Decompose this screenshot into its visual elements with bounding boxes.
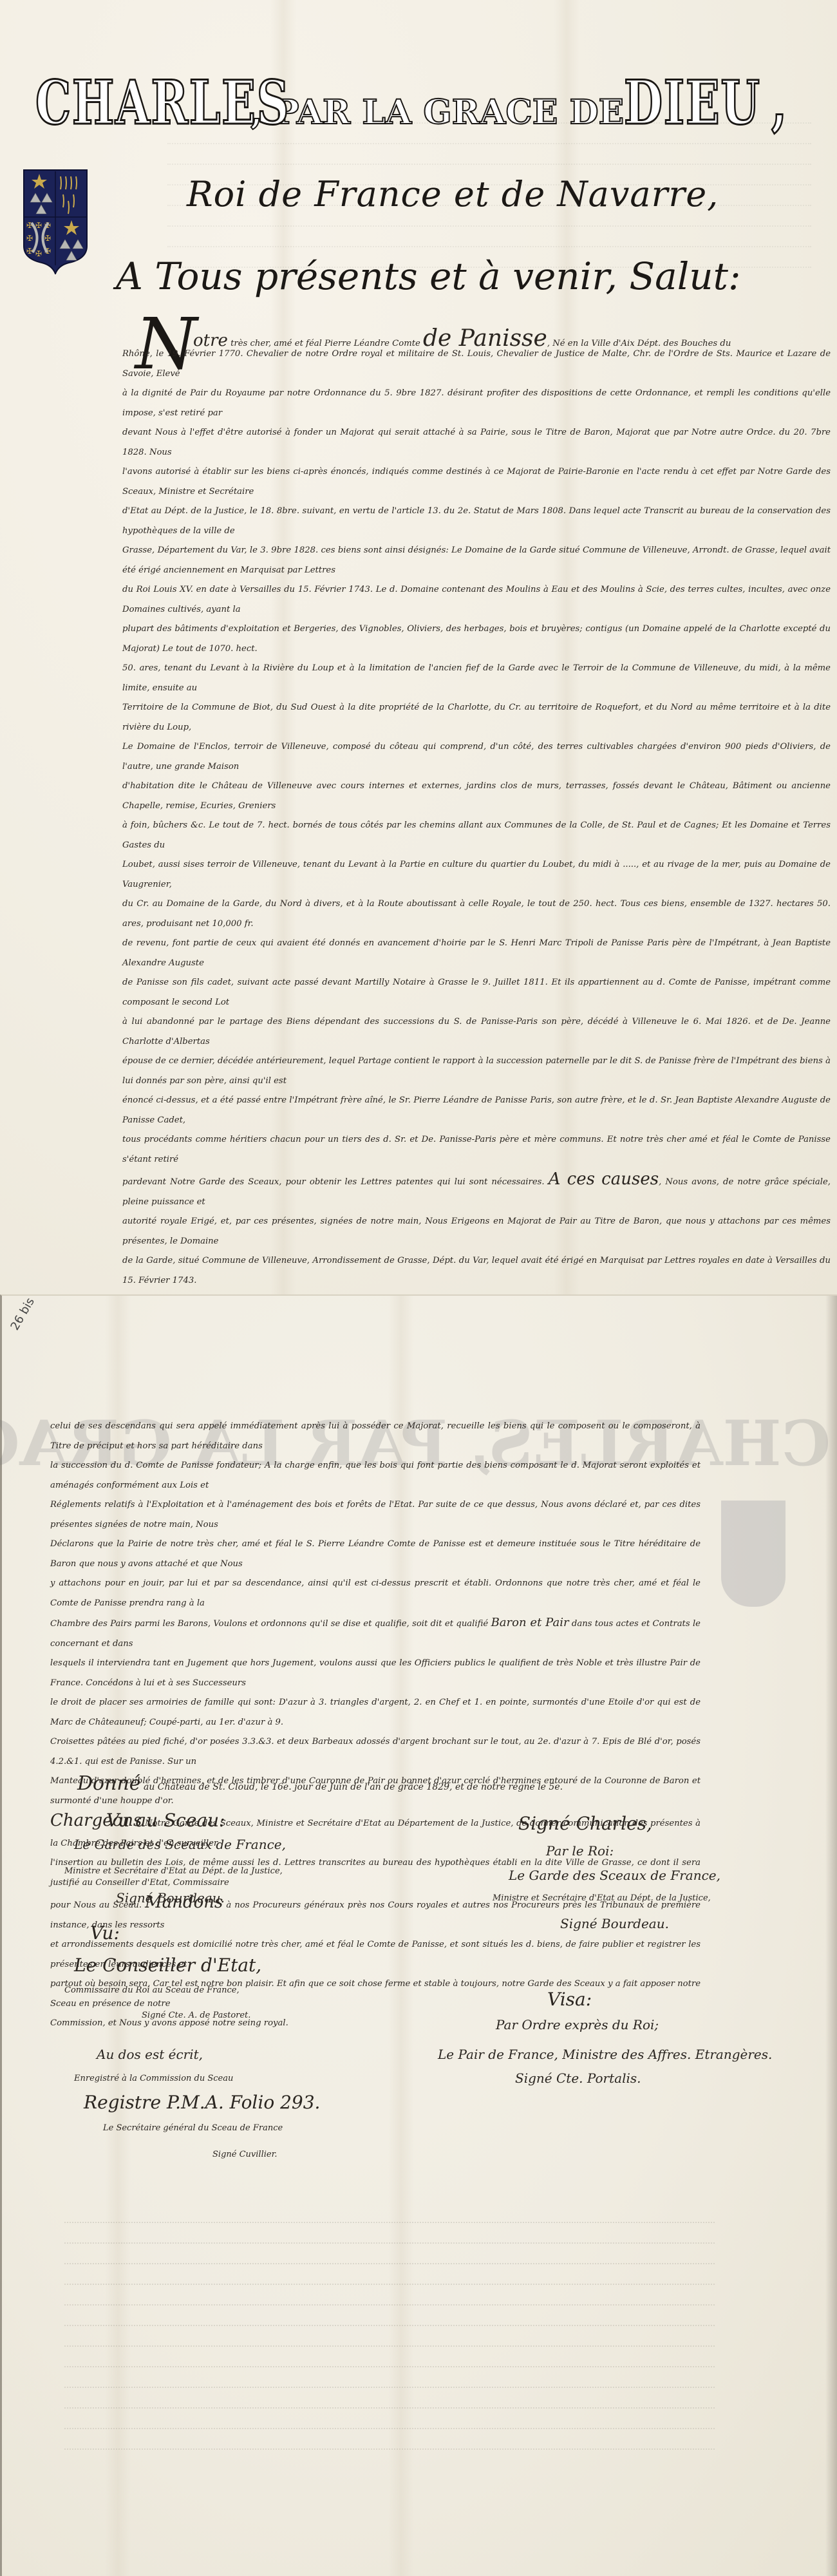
par-le-roi: Par le Roi: — [546, 1843, 614, 1859]
signature-portalis: Signé Cte. Portalis. — [515, 2070, 641, 2086]
title-charles: CHARLES — [35, 68, 290, 138]
text-line: Territoire de la Commune de Biot, du Sud… — [122, 698, 831, 737]
text-line: plupart des bâtiments d'exploitation et … — [122, 620, 831, 659]
par-ordre-expres: Par Ordre exprès du Roi; — [496, 2017, 659, 2032]
text-line: énoncé ci-dessus, et a été passé entre l… — [122, 1091, 831, 1130]
vu-label: Vu: — [90, 1922, 120, 1944]
title-middle: , PAR LA GRACE DE — [250, 93, 624, 132]
text-line: Déclarons que la Pairie de notre très ch… — [50, 1535, 701, 1574]
title-dieu: DIEU — [624, 68, 760, 138]
dating-clause: Donné au Château de St. Cloud, le 16e. j… — [77, 1772, 563, 1795]
text-line: celui de ses descendans qui sera appelé … — [50, 1417, 701, 1456]
text-line: à lui abandonné par le partage des Biens… — [122, 1012, 831, 1052]
text-line: Le Domaine de l'Enclos, terroir de Ville… — [122, 737, 831, 777]
text-line: devant Nous à l'effet d'être autorisé à … — [122, 423, 831, 462]
page-title: CHARLES , PAR LA GRACE DE DIEU , — [35, 68, 814, 138]
text-line: lesquels il interviendra tant en Jugemen… — [50, 1654, 701, 1693]
text-line: 50. ares, tenant du Levant à la Rivière … — [122, 659, 831, 698]
a-ces-causes-heading: A ces causes — [549, 1170, 659, 1189]
svg-text:✠: ✠ — [44, 234, 51, 243]
text-line: à la dignité de Pair du Royaume par notr… — [122, 384, 831, 423]
signature-bourdeau-right: Signé Bourdeau. — [560, 1916, 669, 1931]
text-line: l'avons autorisé à établir sur les biens… — [122, 462, 831, 502]
text-line: Croisettes pâtées au pied fiché, d'or po… — [50, 1732, 701, 1772]
garde-des-sceaux: Le Garde des Sceaux de France, — [74, 1837, 286, 1852]
text-line: pardevant Notre Garde des Sceaux, pour o… — [122, 1170, 831, 1212]
text-line: de la Garde, situé Commune de Villeneuve… — [122, 1251, 831, 1291]
au-dos-est-ecrit: Au dos est écrit, — [97, 2047, 203, 2062]
text-line: le droit de placer ses armoiries de fami… — [50, 1693, 701, 1732]
svg-text:✠: ✠ — [26, 247, 33, 256]
text-line: la succession du d. Comte de Panisse fon… — [50, 1456, 701, 1495]
visa-label: Visa: — [547, 1989, 592, 2010]
page-1: CHARLES , PAR LA GRACE DE DIEU , Roi de … — [0, 0, 837, 1294]
ministre-affaires-etrangeres: Le Pair de France, Ministre des Affres. … — [438, 2047, 772, 2062]
registre-folio: Registre P.M.A. Folio 293. — [84, 2092, 320, 2113]
text-line: Réglements relatifs à l'Exploitation et … — [50, 1495, 701, 1535]
text-line: à foin, bûchers &c. Le tout de 7. hect. … — [122, 816, 831, 855]
text-line: de Panisse son fils cadet, suivant acte … — [122, 973, 831, 1012]
conseiller-etat: Le Conseiller d'Etat, — [74, 1955, 261, 1976]
secretaire-general: Le Secrétaire général du Sceau de France — [103, 2123, 283, 2133]
enregistre: Enregistré à la Commission du Sceau — [74, 2074, 233, 2083]
signature-bourdeau: Signé Bourdeau. — [116, 1890, 225, 1906]
text-line: du Roi Louis XV. en date à Versailles du… — [122, 580, 831, 620]
text-line: d'habitation dite le Château de Villeneu… — [122, 777, 831, 816]
text-line: Loubet, aussi sises terroir de Villeneuv… — [122, 855, 831, 895]
svg-text:✠: ✠ — [26, 234, 33, 243]
salutation: A Tous présents et à venir, Salut: — [116, 254, 740, 298]
text-line: du Cr. au Domaine de la Garde, du Nord à… — [122, 895, 831, 934]
text-line: de revenu, font partie de ceux qui avaie… — [122, 934, 831, 973]
text-line: épouse de ce dernier, décédée antérieure… — [122, 1052, 831, 1091]
text-line: Chambre des Pairs parmi les Barons, Voul… — [50, 1613, 701, 1654]
donne-heading: Donné — [77, 1772, 141, 1795]
text-line: Grasse, Département du Var, le 3. 9bre 1… — [122, 541, 831, 580]
text-line: Rhône, le 19. Février 1770. Chevalier de… — [122, 345, 831, 384]
vu-au-sceau: Vu au Sceau: — [106, 1810, 225, 1831]
signature-cuvillier: Signé Cuvillier. — [212, 2150, 277, 2159]
text-line: d'Etat au Dépt. de la Justice, le 18. 8b… — [122, 502, 831, 541]
commissaire-du-roi: Commissaire du Roi au Sceau de France, — [64, 1985, 240, 1995]
letters-patent-body: Rhône, le 19. Février 1770. Chevalier de… — [122, 345, 831, 1294]
text-line: tous procédants comme héritiers chacun p… — [122, 1130, 831, 1170]
garde-des-sceaux-right: Le Garde des Sceaux de France, — [509, 1868, 720, 1883]
title-comma: , — [771, 68, 788, 138]
letters-patent-continuation: celui de ses descendans qui sera appelé … — [50, 1417, 701, 2034]
text-line: autorité royale Erigé, et, par ces prése… — [122, 1212, 831, 1251]
ministre-justice-right: Ministre et Secrétaire d'Etat au Dépt. d… — [493, 1893, 711, 1903]
title-baron-et-pair: Baron et Pair — [491, 1616, 569, 1629]
coat-of-arms-icon: ✠ ✠ ✠ ✠ ✠ ✠ ✠ ✠ — [23, 169, 88, 274]
royal-subtitle: Roi de France et de Navarre, — [187, 174, 719, 214]
ministre-justice: Ministre et Secrétaire d'Etat au Dépt. d… — [64, 1866, 283, 1876]
signature-pastoret: Signé Cte. A. de Pastoret. — [142, 2011, 250, 2020]
svg-text:✠: ✠ — [35, 249, 42, 258]
text-line: y attachons pour en jouir, par lui et pa… — [50, 1574, 701, 1613]
signature-charles: Signé Charles, — [518, 1813, 652, 1834]
